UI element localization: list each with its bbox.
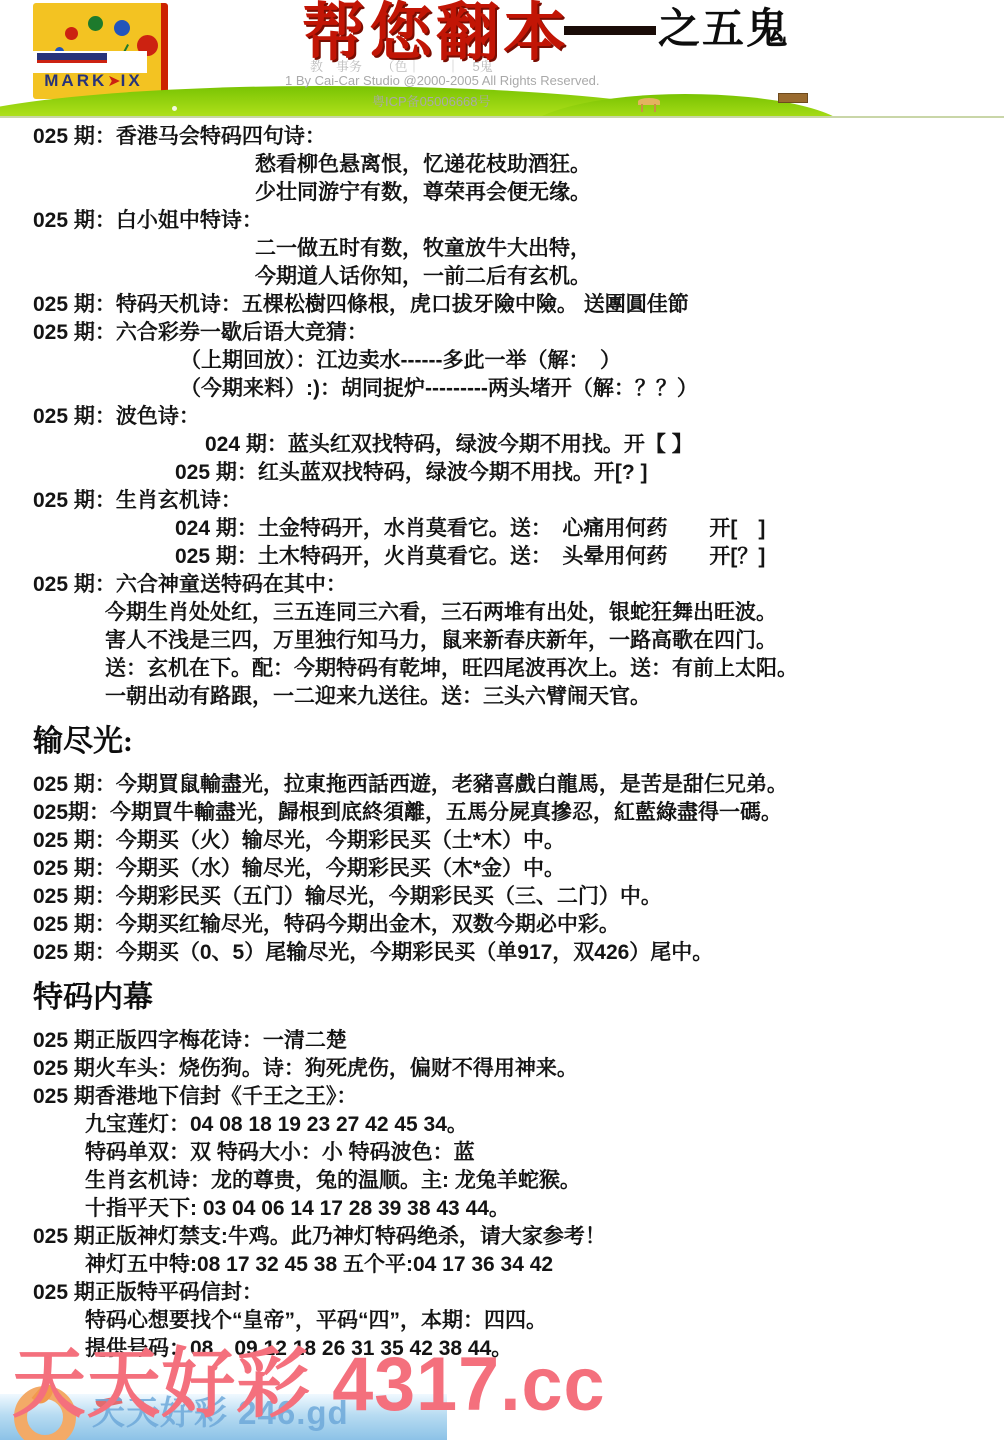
tips-content: 025 期：香港马会特码四句诗：愁看柳色悬离恨，忆递花枝助酒狂。少壮同游宁有数，… (0, 118, 1004, 1363)
content-line: 十指平天下: 03 04 06 14 17 28 39 38 43 44。 (0, 1195, 1004, 1223)
content-line: 025 期：今期彩民买（五门）输尽光，今期彩民买（三、二门）中。 (0, 883, 1004, 911)
footer: 天天好彩 246.gd 天天好彩 4317.cc (0, 1338, 1004, 1440)
content-line: 025 期火车头：烧伤狗。诗：狗死虎伤，偏财不得用神来。 (0, 1055, 1004, 1083)
title-stroke-decoration (564, 26, 656, 35)
content-line: 025 期：六合彩券一歇后语大竞猜： (0, 319, 1004, 347)
header: MARK➤IX 教 事务 （色｜ ｜ 5鬼 1 By Cai-Car Studi… (0, 0, 1004, 118)
hut-icon (638, 98, 660, 105)
hill-dot-icon (172, 106, 177, 111)
content-line: 少壮同游宁有数，尊荣再会便无缘。 (0, 179, 1004, 207)
page: MARK➤IX 教 事务 （色｜ ｜ 5鬼 1 By Cai-Car Studi… (0, 0, 1004, 1440)
content-line: 送：玄机在下。配：今期特码有乾坤，旺四尾波再次上。送：有前上太阳。 (0, 655, 1004, 683)
content-line: 一朝出动有路跟，一二迎来九送往。送：三头六臂闹天官。 (0, 683, 1004, 711)
content-line: （今期来料）:)：胡同捉炉---------两头堵开（解：？？） (0, 375, 1004, 403)
content-line: 害人不浅是三四，万里独行知马力，鼠来新春庆新年，一路高歌在四门。 (0, 627, 1004, 655)
content-line: 025 期：香港马会特码四句诗： (0, 123, 1004, 151)
content-line: 特码单双：双 特码大小：小 特码波色：蓝 (0, 1139, 1004, 1167)
section-heading: 特码内幕 (0, 979, 1004, 1017)
content-line: 024 期：蓝头红双找特码，绿波今期不用找。开【 】 (0, 431, 1004, 459)
site-watermark: 天天好彩 4317.cc (12, 1323, 605, 1432)
content-line: 025 期：红头蓝双找特码，绿波今期不用找。开[? ] (0, 459, 1004, 487)
content-line: 025 期：今期买（水）输尽光，今期彩民买（木*金）中。 (0, 855, 1004, 883)
content-line: 025 期：生肖玄机诗： (0, 487, 1004, 515)
content-line: 025 期正版神灯禁支:牛鸡。此乃神灯特码绝杀，请大家参考！ (0, 1223, 1004, 1251)
content-line: 025 期：今期买红输尽光，特码今期出金木，双数今期必中彩。 (0, 911, 1004, 939)
content-line: 二一做五时有数，牧童放牛大出特， (0, 235, 1004, 263)
content-line: 025 期：今期买（0、5）尾输尽光，今期彩民买（单917，双426）尾中。 (0, 939, 1004, 967)
content-line: 025 期：特码天机诗：五棵松樹四條根，虎口拔牙險中險。 送團圓佳節 (0, 291, 1004, 319)
grass-hill-decoration (0, 86, 1004, 118)
content-line: 生肖玄机诗：龙的尊贵，兔的温顺。主: 龙兔羊蛇猴。 (0, 1167, 1004, 1195)
logo-dot-icon (65, 27, 78, 40)
section-heading: 输尽光: (0, 723, 1004, 761)
content-line: 025 期正版四字梅花诗：一清二楚 (0, 1027, 1004, 1055)
content-line: 024 期：土金特码开，水肖莫看它。送： 心痛用何药 开[ ] (0, 515, 1004, 543)
content-line: （上期回放）：江边卖水------多此一举（解： ） (0, 347, 1004, 375)
logo-dot-icon (88, 16, 103, 31)
page-title-main: 帮您翻本 (302, 2, 570, 65)
logo-dot-icon (114, 20, 130, 36)
content-line: 025 期正版特平码信封： (0, 1279, 1004, 1307)
page-title: 帮您翻本 之五鬼 (302, 2, 790, 65)
bench-icon (778, 93, 808, 103)
content-line: 愁看柳色悬离恨，忆递花枝助酒狂。 (0, 151, 1004, 179)
logo-covered-text (37, 53, 107, 63)
page-title-sub: 之五鬼 (658, 9, 790, 51)
content-line: 025 期：今期買鼠輸盡光，拉東拖西話西遊，老豬喜戲白龍馬，是苦是甜仨兄弟。 (0, 771, 1004, 799)
content-line: 025 期：六合神童送特码在其中： (0, 571, 1004, 599)
content-line: 025 期：白小姐中特诗： (0, 207, 1004, 235)
content-line: 025 期香港地下信封《千王之王》： (0, 1083, 1004, 1111)
header-icp-number: 粤ICP备05006668号 (372, 91, 491, 110)
content-line: 025 期：今期买（火）输尽光，今期彩民买（土*木）中。 (0, 827, 1004, 855)
content-line: 今期生肖处处红，三五连同三六看，三石两堆有出处，银蛇狂舞出旺波。 (0, 599, 1004, 627)
header-copyright: 1 By Cai-Car Studio @2000-2005 All Right… (285, 73, 600, 88)
marksix-logo: MARK➤IX (33, 3, 168, 99)
content-line: 神灯五中特:08 17 32 45 38 五个平:04 17 36 34 42 (0, 1251, 1004, 1279)
content-line: 025 期：波色诗： (0, 403, 1004, 431)
content-line: 025期：今期買牛輸盡光，歸根到底終須離，五馬分屍真摻忍，紅藍綠盡得一碼。 (0, 799, 1004, 827)
content-line: 九宝莲灯：04 08 18 19 23 27 42 45 34。 (0, 1111, 1004, 1139)
content-line: 025 期：土木特码开，火肖莫看它。送： 头晕用何药 开[？] (0, 543, 1004, 571)
content-line: 今期道人话你知，一前二后有玄机。 (0, 263, 1004, 291)
